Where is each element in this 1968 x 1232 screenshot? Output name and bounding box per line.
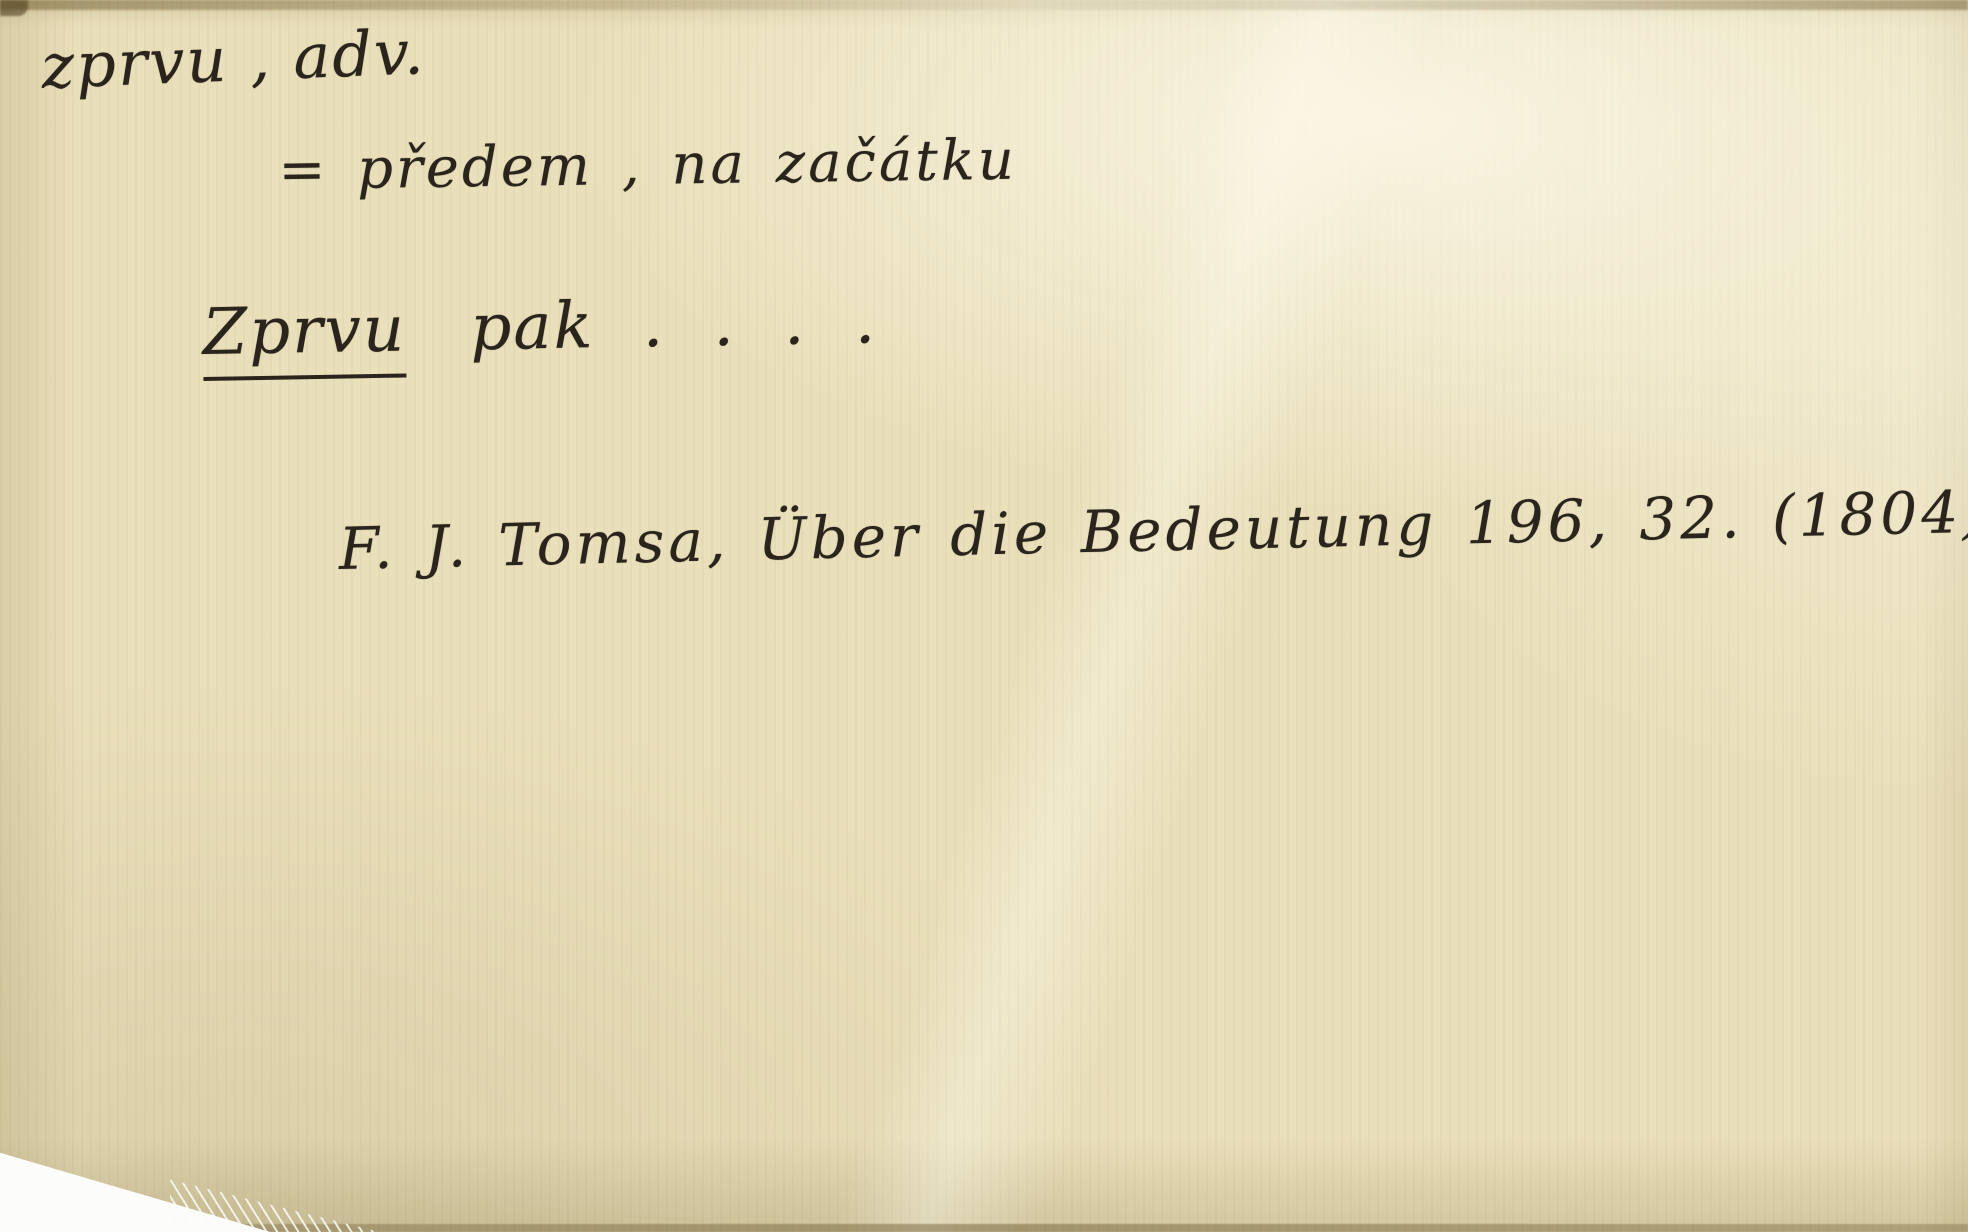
scanned-card: zprvu , adv. = předem , na začátku Zprvu… xyxy=(0,0,1968,1232)
definition-line: = předem , na začátku xyxy=(278,128,1017,203)
top-left-dark-notch xyxy=(0,0,28,16)
example-line: Zprvu pak . . . . xyxy=(202,284,878,370)
example-continuation: pak . . . . xyxy=(405,284,877,366)
example-headword-underlined: Zprvu xyxy=(202,292,407,381)
paper-top-edge xyxy=(0,0,1968,10)
headword-line: zprvu , adv. xyxy=(40,15,427,103)
